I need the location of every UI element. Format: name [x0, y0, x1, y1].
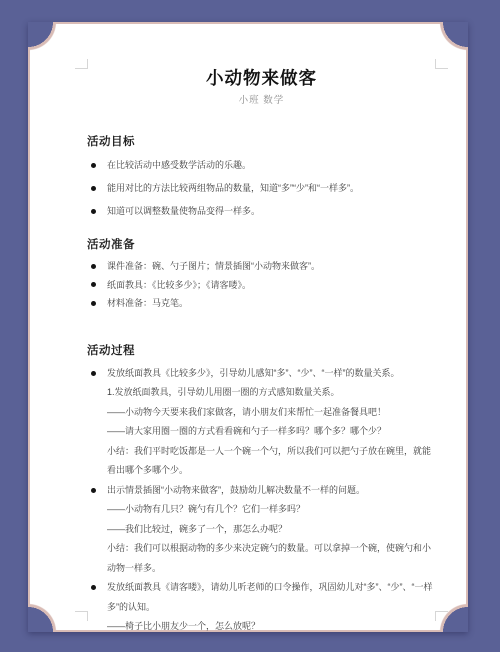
- bullet-icon: [91, 163, 96, 168]
- preparation-list: 课件准备：碗、勺子图片；情景插图“小动物来做客”。 纸面教具：《比较多少》；《请…: [87, 257, 436, 313]
- margin-corner-mark-top-right: [435, 59, 448, 69]
- process-step-detail: ——小动物今天要来我们家做客，请小朋友们来帮忙一起准备餐具吧！: [87, 403, 436, 423]
- process-list: 发放纸面教具《比较多少》，引导幼儿感知“多”、“少”、“一样”的数量关系。 1.…: [87, 364, 436, 637]
- list-item: 材料准备：马克笔。: [87, 294, 436, 313]
- process-step-detail: 1.发放纸面教具，引导幼儿用圈一圈的方式感知数量关系。: [87, 383, 436, 403]
- process-step-text: 发放纸面教具《请客喽》，请幼儿听老师的口令操作，巩固幼儿对“多”、“少”、“一样…: [107, 582, 433, 612]
- margin-corner-mark-bottom-right: [435, 611, 448, 621]
- process-step-detail: ——小动物有几只？碗勺有几个？它们一样多吗？: [87, 500, 436, 520]
- list-item: 纸面教具：《比较多少》；《请客喽》。: [87, 276, 436, 295]
- goal-text: 能用对比的方法比较两组物品的数量，知道“多”“少”和“一样多”。: [107, 183, 359, 193]
- goal-text: 在比较活动中感受数学活动的乐趣。: [107, 160, 251, 170]
- page-title: 小动物来做客: [87, 66, 436, 90]
- process-step-detail: ——我们比较过，碗多了一个，那怎么办呢？: [87, 520, 436, 540]
- process-step: 发放纸面教具《请客喽》，请幼儿听老师的口令操作，巩固幼儿对“多”、“少”、“一样…: [87, 578, 436, 637]
- bullet-icon: [91, 282, 96, 287]
- process-step-text: 出示情景插图“小动物来做客”，鼓励幼儿解决数量不一样的问题。: [107, 485, 365, 495]
- process-step-detail: 小结：我们平时吃饭都是一人一个碗一个勺，所以我们可以把勺子放在碗里，就能看出哪个…: [87, 442, 436, 481]
- document-content: 小动物来做客 小班 数学 活动目标 在比较活动中感受数学活动的乐趣。 能用对比的…: [87, 24, 436, 637]
- corner-notch-bottom-left: [28, 599, 61, 632]
- list-item: 能用对比的方法比较两组物品的数量，知道“多”“少”和“一样多”。: [87, 177, 436, 200]
- corner-notch-top-right: [435, 22, 468, 55]
- bullet-icon: [91, 585, 96, 590]
- process-step-lead: 发放纸面教具《请客喽》，请幼儿听老师的口令操作，巩固幼儿对“多”、“少”、“一样…: [87, 578, 436, 617]
- goals-list: 在比较活动中感受数学活动的乐趣。 能用对比的方法比较两组物品的数量，知道“多”“…: [87, 154, 436, 223]
- process-step-text: 发放纸面教具《比较多少》，引导幼儿感知“多”、“少”、“一样”的数量关系。: [107, 368, 399, 378]
- section-heading-process: 活动过程: [87, 344, 436, 359]
- bullet-icon: [91, 186, 96, 191]
- document-page: 小动物来做客 小班 数学 活动目标 在比较活动中感受数学活动的乐趣。 能用对比的…: [28, 22, 468, 632]
- preparation-text: 材料准备：马克笔。: [107, 298, 188, 308]
- preparation-text: 纸面教具：《比较多少》；《请客喽》。: [107, 280, 251, 290]
- process-step-detail: ——椅子比小朋友少一个，怎么放呢？: [87, 617, 436, 637]
- bullet-icon: [91, 371, 96, 376]
- section-heading-preparation: 活动准备: [87, 238, 436, 253]
- process-step-detail: 小结：我们可以根据动物的多少来决定碗勺的数量。可以拿掉一个碗，使碗勺和小动物一样…: [87, 539, 436, 578]
- page-subtitle: 小班 数学: [87, 94, 436, 107]
- list-item: 知道可以调整数量使物品变得一样多。: [87, 200, 436, 223]
- process-step-lead: 发放纸面教具《比较多少》，引导幼儿感知“多”、“少”、“一样”的数量关系。: [87, 364, 436, 384]
- goal-text: 知道可以调整数量使物品变得一样多。: [107, 206, 260, 216]
- section-heading-goals: 活动目标: [87, 135, 436, 150]
- list-item: 课件准备：碗、勺子图片；情景插图“小动物来做客”。: [87, 257, 436, 276]
- list-item: 在比较活动中感受数学活动的乐趣。: [87, 154, 436, 177]
- corner-notch-top-left: [28, 22, 61, 55]
- process-step: 发放纸面教具《比较多少》，引导幼儿感知“多”、“少”、“一样”的数量关系。 1.…: [87, 364, 436, 481]
- bullet-icon: [91, 301, 96, 306]
- process-step-detail: ——请大家用圈一圈的方式看看碗和勺子一样多吗？哪个多？哪个少？: [87, 422, 436, 442]
- process-step-lead: 出示情景插图“小动物来做客”，鼓励幼儿解决数量不一样的问题。: [87, 481, 436, 501]
- app-background: { "document": { "title": "小动物来做客", "subt…: [0, 0, 500, 652]
- bullet-icon: [91, 488, 96, 493]
- preparation-text: 课件准备：碗、勺子图片；情景插图“小动物来做客”。: [107, 261, 320, 271]
- bullet-icon: [91, 209, 96, 214]
- process-step: 出示情景插图“小动物来做客”，鼓励幼儿解决数量不一样的问题。 ——小动物有几只？…: [87, 481, 436, 579]
- bullet-icon: [91, 264, 96, 269]
